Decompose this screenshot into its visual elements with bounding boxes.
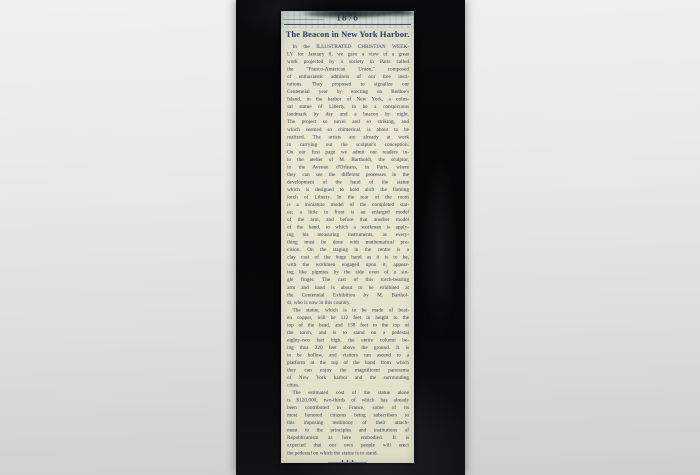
text-line: of the hand, to which a workman is apply…: [287, 224, 409, 232]
text-line: di, who is now in this country.: [287, 299, 409, 307]
article-body: In the ILLUSTRATED CHRISTIAN WEEK-LY for…: [281, 43, 414, 457]
text-line: in carrying out the sculptor's conceptio…: [287, 141, 409, 149]
text-line: this imposing testimony of their attach-: [287, 419, 409, 427]
text-line: landmark by day and a beacon by night.: [287, 111, 409, 119]
text-line: cities.: [287, 382, 409, 390]
end-divider: [328, 460, 367, 463]
text-line: LY for January 8, we gave a view of a gr…: [287, 51, 409, 59]
text-line: of the arm, and before that another mode…: [287, 216, 409, 224]
text-line: eighty-two feet high, the entire column …: [287, 336, 409, 344]
headline: The Beacon in New York Harbor.: [281, 30, 414, 40]
text-line: to the atelier of M. Bartholdi, the scul…: [287, 156, 409, 164]
text-line: is a miniature model of the completed st…: [287, 201, 409, 209]
text-line: arm and hand is about to be exhibited at: [287, 284, 409, 292]
text-line: The estimated cost of the statue alone: [287, 389, 409, 397]
text-line: been contributed in France, some of its: [287, 404, 409, 412]
text-line: the pedestal on which the statue is to s…: [287, 449, 409, 457]
dateline: 1876: [281, 11, 414, 23]
text-line: work projected by a society in Paris cal…: [287, 58, 409, 66]
text-line: most honored citizens being subscribers …: [287, 412, 409, 420]
text-line: platform at the top of the hand from whi…: [287, 359, 409, 367]
text-line: ue; a little in front is an enlarged mod…: [287, 209, 409, 217]
header-rule-left: [284, 20, 324, 21]
text-line: The statue, which is to be made of beat-: [287, 306, 409, 314]
text-line: the Centennial Exhibition by M. Barthol-: [287, 291, 409, 299]
newspaper-clipping: 1876 The Beacon in New York Harbor. In t…: [281, 11, 414, 463]
text-line: The project so novel and so striking, an…: [287, 118, 409, 126]
text-line: In the ILLUSTRATED CHRISTIAN WEEK-: [287, 43, 409, 51]
text-line: the "Franco-American Union," composed: [287, 66, 409, 74]
text-line: realized. The artists are already at wor…: [287, 133, 409, 141]
text-line: development of the hand of the statue: [287, 178, 409, 186]
text-line: en copper, will be 112 feet in height to…: [287, 314, 409, 322]
text-line: they can enjoy the magnificent panorama: [287, 367, 409, 375]
text-line: Island, in the harbor of New York, a col…: [287, 96, 409, 104]
text-line: torch of Liberty. In the rear of the roo…: [287, 193, 409, 201]
photo-stage: 1876 The Beacon in New York Harbor. In t…: [0, 0, 700, 475]
text-line: which is designed to hold aloft the flam…: [287, 186, 409, 194]
text-line: On our first page we admit our readers i…: [287, 148, 409, 156]
text-line: they can see the different processes in …: [287, 171, 409, 179]
text-line: top of the head, and 138 feet to the top…: [287, 321, 409, 329]
text-line: ing his measuring instruments, as every-: [287, 231, 409, 239]
text-line: Centennial year by erecting on Bedloe's: [287, 88, 409, 96]
text-line: is $120,000, two-thirds of which has alr…: [287, 397, 409, 405]
text-line: sal statue of Liberty, to be a conspicuo…: [287, 103, 409, 111]
text-line: of enthusiastic admirers of our free ins…: [287, 73, 409, 81]
text-line: of New York harbor and the surrounding: [287, 374, 409, 382]
text-line: in the Avenue d'Orleans, in Paris, where: [287, 163, 409, 171]
text-line: tutions. They proposed to signalize our: [287, 81, 409, 89]
text-line: Republicanism as here embodied. It is: [287, 434, 409, 442]
clipping-content: 1876 The Beacon in New York Harbor. In t…: [281, 11, 414, 463]
text-line: to be hollow, and visitors can ascend to…: [287, 351, 409, 359]
text-line: expected that our own people will erect: [287, 442, 409, 450]
text-line: ment to the principles and institutions …: [287, 427, 409, 435]
date-text: 1876: [336, 15, 358, 23]
text-line: clay cast of the huge hand as it is to b…: [287, 254, 409, 262]
text-line: the torch, and is to stand on a pedestal: [287, 329, 409, 337]
text-line: with the workmen engaged upon it, appear…: [287, 261, 409, 269]
text-line: which seemed so chimerical, is about to …: [287, 126, 409, 134]
text-line: thing must be done with mathematical pre…: [287, 239, 409, 247]
text-line: ing like pigmies by the side even of a s…: [287, 269, 409, 277]
text-line: ing thus 220 feet above the ground. It i…: [287, 344, 409, 352]
header-rule: [284, 24, 411, 25]
text-line: gle finger. The cast of this torch-beari…: [287, 276, 409, 284]
text-line: cision. On the staging in the centre is …: [287, 246, 409, 254]
